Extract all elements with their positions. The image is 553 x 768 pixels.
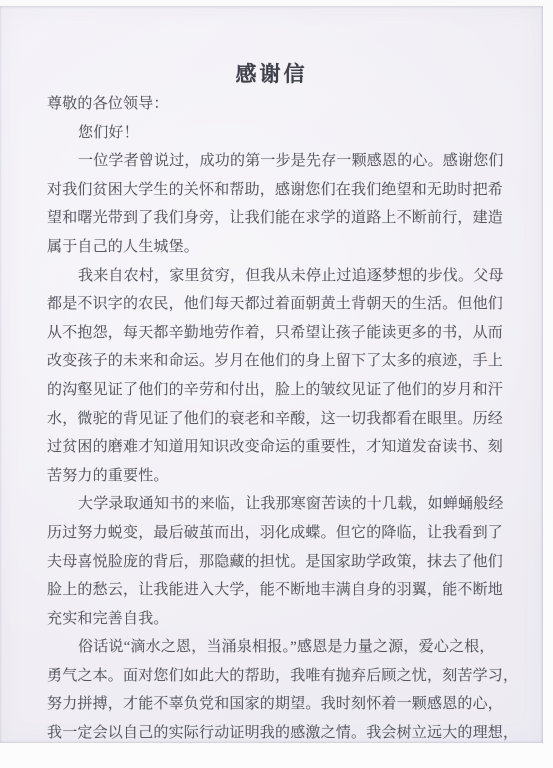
letter-line: 苦努力的重要性。 bbox=[47, 462, 515, 491]
letter-title: 感谢信 bbox=[0, 58, 543, 88]
scan-background: 感谢信 尊敬的各位领导：您们好！一位学者曾说过，成功的第一步是先存一颗感恩的心。… bbox=[0, 0, 553, 768]
letter-line: 俗话说“滴水之恩，当涌泉相报。”感恩是力量之源，爱心之根， bbox=[47, 633, 515, 662]
letter-line: 充实和完善自我。 bbox=[47, 605, 515, 634]
letter-line: 我一定会以自己的实际行动证明我的感激之情。我会树立远大的理想， bbox=[47, 719, 515, 748]
letter-line: 对我们贫困大学生的关怀和帮助，感谢您们在我们绝望和无助时把希 bbox=[47, 176, 515, 205]
letter-line: 属于自己的人生城堡。 bbox=[47, 233, 515, 262]
letter-line: 都是不识字的农民，他们每天都过着面朝黄土背朝天的生活。但他们 bbox=[47, 290, 515, 319]
letter-line: 一位学者曾说过，成功的第一步是先存一颗感恩的心。感谢您们 bbox=[47, 147, 515, 176]
letter-line: 您们好！ bbox=[47, 119, 515, 148]
letter-line: 大学录取通知书的来临，让我那寒窗苦读的十几载，如蝉蛹般经 bbox=[47, 490, 515, 519]
letter-line: 尊敬的各位领导： bbox=[47, 90, 515, 119]
letter-line: 改变孩子的未来和命运。岁月在他们的身上留下了太多的痕迹，手上 bbox=[47, 347, 515, 376]
letter-line: 夫母喜悦脸庞的背后，那隐藏的担忧。是国家助学政策，抹去了他们 bbox=[47, 548, 515, 577]
letter-line: 的沟壑见证了他们的辛劳和付出，脸上的皱纹见证了他们的岁月和汗 bbox=[47, 376, 515, 405]
letter-body: 尊敬的各位领导：您们好！一位学者曾说过，成功的第一步是先存一颗感恩的心。感谢您们… bbox=[47, 90, 515, 748]
letter-line: 过贫困的磨难才知道用知识改变命运的重要性，才知道发奋读书、刻 bbox=[47, 433, 515, 462]
letter-page: 感谢信 尊敬的各位领导：您们好！一位学者曾说过，成功的第一步是先存一颗感恩的心。… bbox=[0, 6, 543, 743]
letter-line: 从不抱怨，每天都辛勤地劳作着，只希望让孩子能读更多的书，从而 bbox=[47, 319, 515, 348]
letter-line: 勇气之本。面对您们如此大的帮助，我唯有抛弃后顾之忧，刻苦学习， bbox=[47, 662, 515, 691]
letter-line: 脸上的愁云，让我能进入大学，能不断地丰满自身的羽翼，能不断地 bbox=[47, 576, 515, 605]
letter-line: 我来自农村，家里贫穷，但我从未停止过追逐梦想的步伐。父母 bbox=[47, 262, 515, 291]
letter-line: 水，微驼的背见证了他们的衰老和辛酸，这一切我都看在眼里。历经 bbox=[47, 405, 515, 434]
letter-line: 历过努力蜕变，最后破茧而出，羽化成蝶。但它的降临，让我看到了 bbox=[47, 519, 515, 548]
letter-line: 望和曙光带到了我们身旁，让我们能在求学的道路上不断前行，建造 bbox=[47, 204, 515, 233]
letter-line: 努力拼搏，才能不辜负党和国家的期望。我时刻怀着一颗感恩的心， bbox=[47, 690, 515, 719]
